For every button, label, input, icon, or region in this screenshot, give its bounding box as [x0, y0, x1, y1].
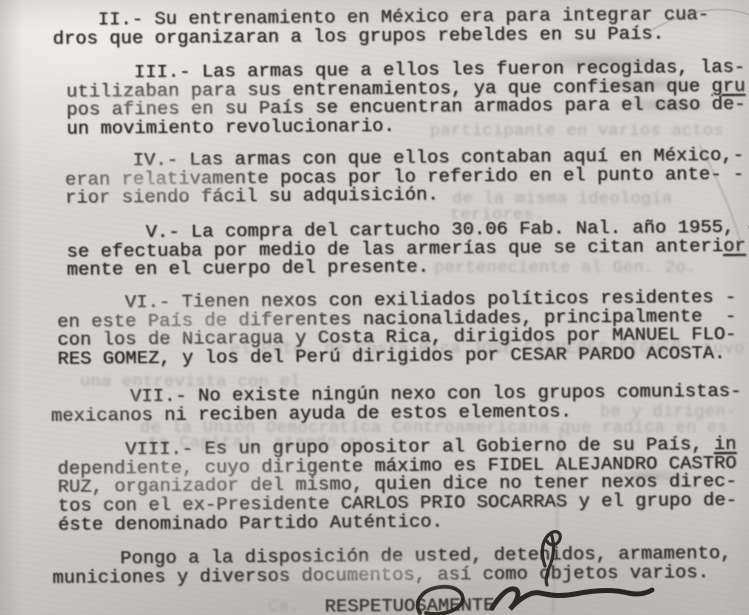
signature-loop [418, 587, 463, 614]
scratch-line-right [700, 146, 741, 243]
scanned-document: participante en varios actosde la misma … [0, 0, 749, 615]
scratch-line-top-right [652, 10, 749, 30]
signature-flourish-tail [492, 589, 652, 609]
signature-flourish-upper [542, 532, 560, 585]
ink-marks-layer [0, 0, 749, 615]
